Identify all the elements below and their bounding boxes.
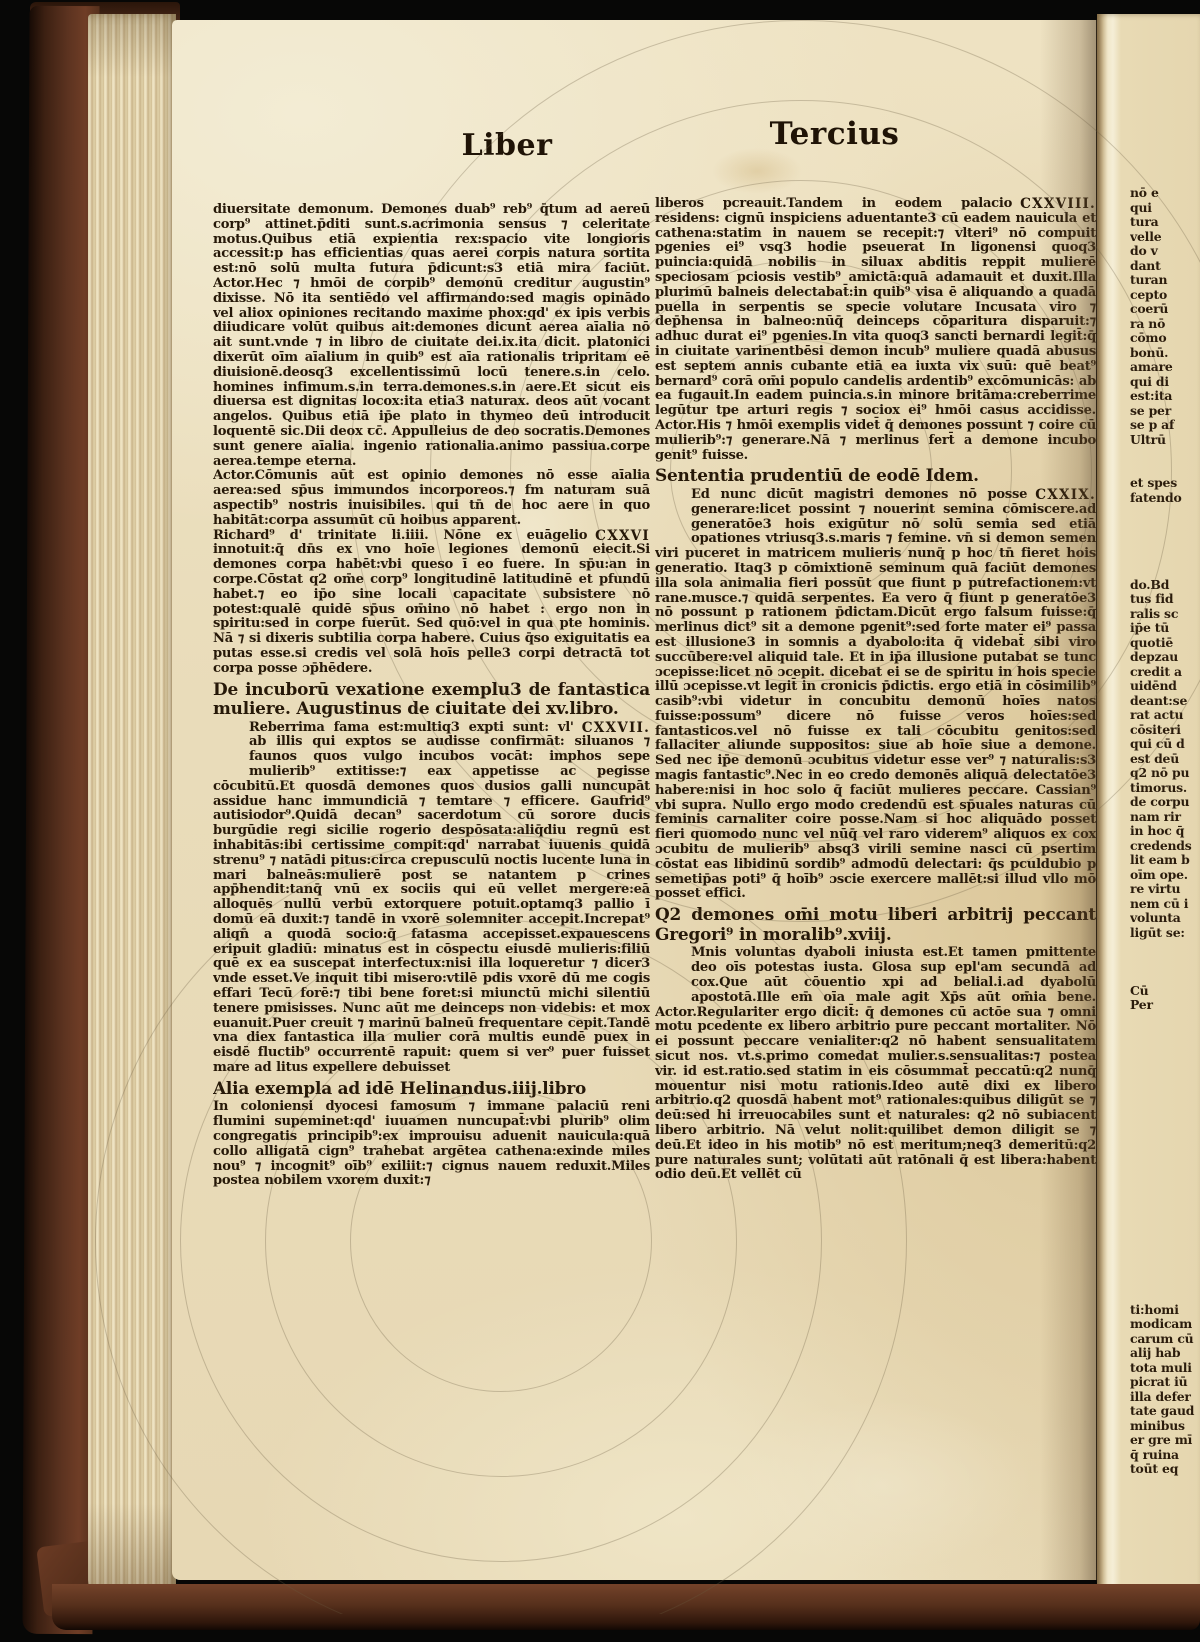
facing-page-text-fragment: [1130, 1129, 1198, 1144]
text-block: In coloniensi dyocesi famosum ⁊ immane p…: [213, 1100, 650, 1189]
block-text: Reberrima fama est:multiq3 expti sunt: v…: [213, 720, 650, 1075]
facing-page-text-fragment: cepto: [1130, 288, 1198, 303]
facing-page-text-fragment: velle: [1130, 230, 1198, 245]
facing-page-text-fragment: ralis sc: [1130, 607, 1198, 622]
facing-page-text-fragment: tate gaud: [1130, 1404, 1198, 1419]
facing-page-text-fragment: lit eam b: [1130, 853, 1198, 868]
leather-binding-bottom: [52, 1584, 1200, 1630]
facing-page-text-fragment: [1130, 1027, 1198, 1042]
text-block: Alia exempla ad idē Helinandus.iiij.libr…: [213, 1079, 650, 1099]
facing-page-text-fragment: in hoc q̄: [1130, 824, 1198, 839]
facing-page-text-fragment: se per: [1130, 404, 1198, 419]
block-text: De incuborū vexatione exemplu3 de fantas…: [213, 679, 650, 719]
text-column-left: diuersitate demonum. Demones duab⁹ reb⁹ …: [213, 203, 650, 1378]
facing-page-text-fragment: Per: [1130, 998, 1198, 1013]
facing-page-text-fragment: uidēnd: [1130, 679, 1198, 694]
facing-page-text-fragment: turan: [1130, 273, 1198, 288]
facing-page-text-fragment: [1130, 1143, 1198, 1158]
block-text: diuersitate demonum. Demones duab⁹ reb⁹ …: [213, 203, 650, 469]
block-text: liberos pcreauit.Tandem in eodem palacio…: [655, 197, 1096, 463]
facing-page-text-fragment: [1130, 969, 1198, 984]
facing-page-text-fragment: rat actu: [1130, 708, 1198, 723]
facing-page-text-fragment: [1130, 462, 1198, 477]
facing-page-text-fragment: carum cū: [1130, 1332, 1198, 1347]
initial-letter-gap: [655, 946, 691, 991]
facing-page-text-fragment: coerū: [1130, 302, 1198, 317]
facing-page-text-fragment: tota muli: [1130, 1361, 1198, 1376]
block-text: Mnis voluntas dyaboli iniusta est.Et tam…: [655, 945, 1096, 1182]
facing-page-text-fragment: depzau: [1130, 650, 1198, 665]
facing-page-text-fragment: credends: [1130, 839, 1198, 854]
facing-page-text-fragment: ligūt se:: [1130, 926, 1198, 941]
facing-page-text-fragment: [1130, 1187, 1198, 1202]
block-text: In coloniensi dyocesi famosum ⁊ immane p…: [213, 1099, 650, 1188]
facing-page-text-fragment: er gre mī: [1130, 1433, 1198, 1448]
facing-page-text-fragment: se p af: [1130, 418, 1198, 433]
facing-page-text-fragment: [1130, 1274, 1198, 1289]
facing-page-text-fragment: [1130, 1114, 1198, 1129]
facing-page-text-fragment: quotiē: [1130, 636, 1198, 651]
facing-page-text-fragment: est:ita: [1130, 389, 1198, 404]
facing-page-text-fragment: [1130, 1056, 1198, 1071]
block-text: Q2 demones om̄i motu liberi arbitrij pec…: [655, 904, 1096, 944]
facing-page-text-fragment: qui cū d: [1130, 737, 1198, 752]
facing-page-text-fragment: q2 nō pu: [1130, 766, 1198, 781]
facing-page-text-fragment: ip̄e tū: [1130, 621, 1198, 636]
facing-page-text-fragment: [1130, 447, 1198, 462]
facing-page-text-fragment: qui: [1130, 201, 1198, 216]
facing-page-text-fragment: do.Bd: [1130, 578, 1198, 593]
facing-page-text-fragment: [1130, 1071, 1198, 1086]
facing-page-text-fragment: [1130, 1201, 1198, 1216]
running-header-liber: Liber: [422, 128, 592, 163]
facing-page-text-fragment: amare: [1130, 360, 1198, 375]
facing-page-text-fragment: ti:homi: [1130, 1303, 1198, 1318]
facing-page-text-fragment: [1130, 1259, 1198, 1274]
facing-page-text-fragment: q̄ ruina: [1130, 1448, 1198, 1463]
block-text: Alia exempla ad idē Helinandus.iiij.libr…: [213, 1078, 586, 1098]
chapter-number: CXXVI: [587, 529, 650, 544]
facing-page-text-fragment: [1130, 1230, 1198, 1245]
facing-page-text-fragment: fatendo: [1130, 491, 1198, 506]
block-text: Sententia prudentiū de eodē Idem.: [655, 465, 979, 485]
facing-page-text-fragment: do v: [1130, 244, 1198, 259]
facing-page-text-fragment: de corpu: [1130, 795, 1198, 810]
text-block: De incuborū vexatione exemplu3 de fantas…: [213, 680, 650, 719]
text-block: CXXVII.Reberrima fama est:multiq3 expti …: [213, 721, 650, 1076]
facing-page-text-fragment: [1130, 1158, 1198, 1173]
open-left-page: Liber Tercius diuersitate demonum. Demon…: [172, 20, 1096, 1580]
facing-page-text-fragment: [1130, 1013, 1198, 1028]
initial-letter-gap: [213, 721, 249, 766]
text-block: CXXVIII.liberos pcreauit.Tandem in eodem…: [655, 197, 1096, 463]
facing-page-text-fragment: et spes: [1130, 476, 1198, 491]
gutter-shadow: [1040, 20, 1097, 1580]
text-block: CXXIX.Ed nunc dicūt magistri demones nō …: [655, 488, 1096, 902]
text-column-right: CXXVIII.liberos pcreauit.Tandem in eodem…: [655, 197, 1096, 1377]
facing-page-text-fragment: est deū: [1130, 752, 1198, 767]
facing-page-text-fragment: ra nō: [1130, 317, 1198, 332]
block-text: Ed nunc dicūt magistri demones nō posse …: [655, 487, 1096, 902]
facing-page-text-fragment: re virtu: [1130, 882, 1198, 897]
facing-page-text-fragment: [1130, 1245, 1198, 1260]
facing-page-text-fragment: deant:se: [1130, 694, 1198, 709]
facing-page-text-fragment: [1130, 1288, 1198, 1303]
text-block: CXXVIRichard⁹ d' trinitate li.iiii. Nōne…: [213, 529, 650, 677]
page-fore-edge-stack: [88, 14, 176, 1598]
facing-page-text-fragment: dant: [1130, 259, 1198, 274]
facing-page-text-fragment: nem cū i: [1130, 897, 1198, 912]
facing-page-text-fragment: nam rir: [1130, 810, 1198, 825]
facing-page-text-fragment: bonū.: [1130, 346, 1198, 361]
facing-page-text-fragment: Ultrū: [1130, 433, 1198, 448]
facing-page-text-fragment: qui di: [1130, 375, 1198, 390]
facing-page-text-fragment: modicam: [1130, 1317, 1198, 1332]
facing-page-text-fragment: [1130, 1085, 1198, 1100]
text-block: Q2 demones om̄i motu liberi arbitrij pec…: [655, 905, 1096, 944]
block-text: Actor.Cōmunis aūt est opinio demones nō …: [213, 468, 650, 527]
facing-page-text-fragment: toūt eq: [1130, 1462, 1198, 1477]
facing-page-text-fragment: tus fid: [1130, 592, 1198, 607]
facing-page-text-fragment: [1130, 940, 1198, 955]
facing-page-text-fragment: [1130, 1100, 1198, 1115]
text-block: Mnis voluntas dyaboli iniusta est.Et tam…: [655, 946, 1096, 1183]
facing-page-text-fragment: cōmo: [1130, 331, 1198, 346]
facing-page-text-fragment: picrat iū: [1130, 1375, 1198, 1390]
block-text: Richard⁹ d' trinitate li.iiii. Nōne ex e…: [213, 528, 650, 676]
facing-page-text-fragment: oīm ope.: [1130, 868, 1198, 883]
facing-page-text-fragment: [1130, 1042, 1198, 1057]
facing-page-text-fragments: nō equituravelledo vdantturanceptocoerūr…: [1130, 186, 1198, 1546]
initial-letter-gap: [655, 488, 691, 533]
facing-page-text-fragment: [1130, 549, 1198, 564]
facing-page-text-fragment: timorus.: [1130, 781, 1198, 796]
facing-page-text-fragment: [1130, 520, 1198, 535]
facing-page-text-fragment: illa defer: [1130, 1390, 1198, 1405]
facing-page-text-fragment: [1130, 1172, 1198, 1187]
facing-page-text-fragment: Cū: [1130, 984, 1198, 999]
facing-page-text-fragment: tura: [1130, 215, 1198, 230]
page-stain: [712, 148, 802, 194]
facing-page-text-fragment: [1130, 505, 1198, 520]
facing-page-text-fragment: [1130, 1216, 1198, 1231]
facing-page-edge-strip: nō equituravelledo vdantturanceptocoerūr…: [1097, 14, 1200, 1598]
facing-page-text-fragment: [1130, 955, 1198, 970]
running-header-tercius: Tercius: [727, 116, 942, 152]
facing-page-text-fragment: volunta: [1130, 911, 1198, 926]
text-block: diuersitate demonum. Demones duab⁹ reb⁹ …: [213, 203, 650, 469]
facing-page-text-fragment: [1130, 534, 1198, 549]
text-block: Sententia prudentiū de eodē Idem.: [655, 466, 1096, 486]
facing-page-text-fragment: [1130, 563, 1198, 578]
page-stain: [732, 1400, 1032, 1570]
facing-page-text-fragment: nō e: [1130, 186, 1198, 201]
text-block: Actor.Cōmunis aūt est opinio demones nō …: [213, 469, 650, 528]
chapter-number: CXXVII.: [574, 721, 650, 736]
facing-page-text-fragment: alij hab: [1130, 1346, 1198, 1361]
facing-page-text-fragment: minibus: [1130, 1419, 1198, 1434]
facing-page-text-fragment: cōsiteri: [1130, 723, 1198, 738]
book-photo: Liber Tercius diuersitate demonum. Demon…: [0, 0, 1200, 1642]
facing-page-text-fragment: credit a: [1130, 665, 1198, 680]
